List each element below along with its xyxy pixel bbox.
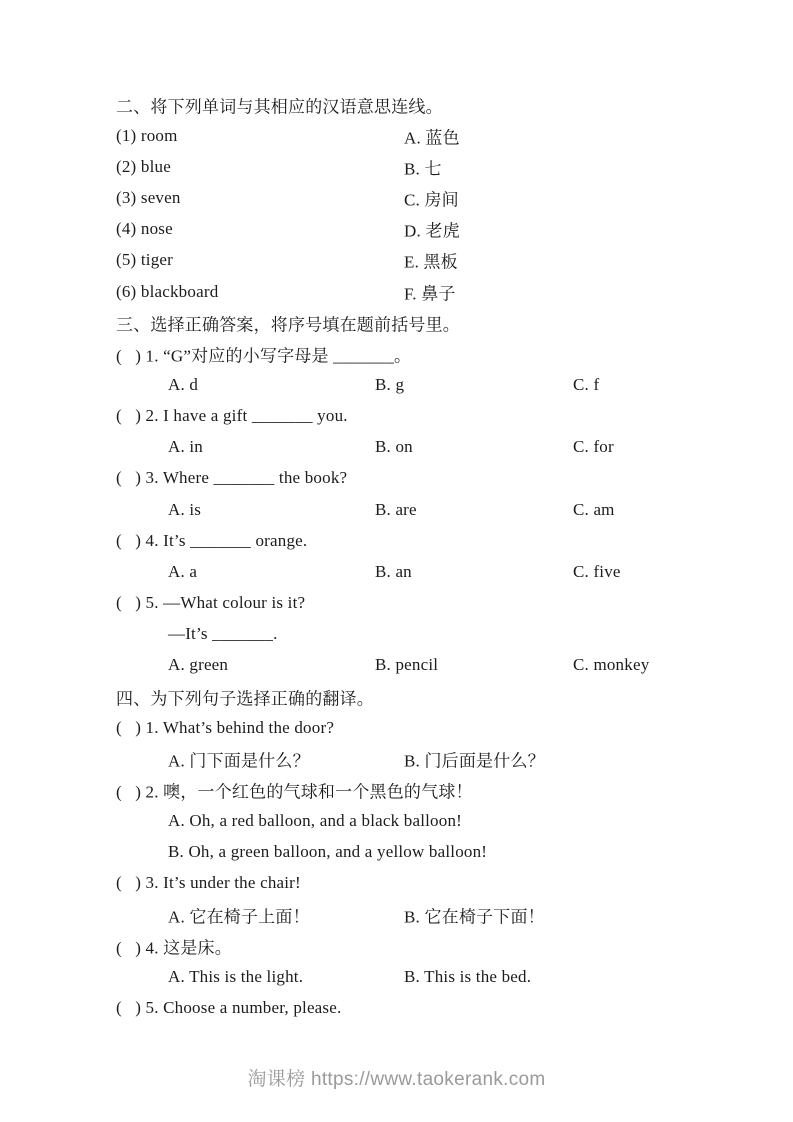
- match-item-word: (6) blackboard: [116, 282, 218, 302]
- question-stem: ( ) 1. “G”对应的小写字母是 _______。: [116, 341, 411, 366]
- question-stem: ( ) 2. 噢，一个红色的气球和一个黑色的气球！: [116, 778, 473, 803]
- option-b: B. g: [375, 375, 404, 395]
- options-row: A. a B. an C. five: [116, 556, 756, 587]
- match-item-meaning: E. 黑板: [404, 248, 458, 273]
- question-stem: ( ) 1. What’s behind the door?: [116, 718, 334, 738]
- option-c: C. for: [573, 437, 614, 457]
- section-4-title: 四、为下列句子选择正确的翻译。: [116, 684, 374, 709]
- match-item-meaning: A. 蓝色: [404, 123, 460, 148]
- option-a: A. This is the light.: [168, 967, 303, 987]
- option-b: B. pencil: [375, 655, 438, 675]
- match-row: (5) tiger E. 黑板: [116, 245, 756, 276]
- option-a: A. a: [168, 562, 197, 582]
- options-row: A. This is the light. B. This is the bed…: [116, 961, 756, 992]
- match-row: (6) blackboard F. 鼻子: [116, 276, 756, 307]
- match-item-word: (3) seven: [116, 188, 181, 208]
- option-c: C. five: [573, 562, 621, 582]
- match-item-meaning: F. 鼻子: [404, 279, 456, 304]
- option-a: A. in: [168, 437, 203, 457]
- option-c: C. f: [573, 375, 599, 395]
- question-stem: ( ) 3. It’s under the chair!: [116, 873, 301, 893]
- question-stem: ( ) 2. I have a gift _______ you.: [116, 406, 348, 426]
- match-item-word: (5) tiger: [116, 250, 173, 270]
- option-b: B. 它在椅子下面！: [404, 902, 545, 927]
- option-a: A. Oh, a red balloon, and a black balloo…: [168, 811, 462, 831]
- footer-watermark: 淘课榜 https://www.taokerank.com: [0, 1064, 793, 1091]
- paper-content: 二、将下列单词与其相应的汉语意思连线。 (1) room A. 蓝色 (2) b…: [116, 89, 756, 1024]
- question-stem: ( ) 4. It’s _______ orange.: [116, 531, 307, 551]
- question-stem: ( ) 5. Choose a number, please.: [116, 998, 341, 1018]
- option-b: B. on: [375, 437, 413, 457]
- test-paper-page: 二、将下列单词与其相应的汉语意思连线。 (1) room A. 蓝色 (2) b…: [0, 0, 793, 1122]
- match-item-word: (1) room: [116, 126, 178, 146]
- match-row: (3) seven C. 房间: [116, 182, 756, 213]
- question-stem: ( ) 5. —What colour is it?: [116, 593, 305, 613]
- option-b: B. 门后面是什么？: [404, 746, 545, 771]
- match-row: (1) room A. 蓝色: [116, 120, 756, 151]
- match-item-meaning: C. 房间: [404, 186, 459, 211]
- options-row: A. green B. pencil C. monkey: [116, 650, 756, 681]
- options-row: A. 它在椅子上面！ B. 它在椅子下面！: [116, 899, 756, 930]
- match-row: (4) nose D. 老虎: [116, 214, 756, 245]
- match-item-word: (4) nose: [116, 219, 173, 239]
- match-item-meaning: B. 七: [404, 154, 442, 179]
- option-a: A. 它在椅子上面！: [168, 902, 310, 927]
- option-a: A. is: [168, 500, 201, 520]
- option-b: B. an: [375, 562, 412, 582]
- section-2-title: 二、将下列单词与其相应的汉语意思连线。: [116, 92, 443, 117]
- options-row: A. is B. are C. am: [116, 494, 756, 525]
- question-stem-continuation: —It’s _______.: [168, 624, 278, 644]
- match-row: (2) blue B. 七: [116, 151, 756, 182]
- section-3-title: 三、选择正确答案，将序号填在题前括号里。: [116, 310, 460, 335]
- options-row: A. 门下面是什么？ B. 门后面是什么？: [116, 743, 756, 774]
- question-stem: ( ) 4. 这是床。: [116, 933, 232, 958]
- question-stem: ( ) 3. Where _______ the book?: [116, 468, 347, 488]
- match-item-word: (2) blue: [116, 157, 171, 177]
- option-b: B. are: [375, 500, 417, 520]
- match-item-meaning: D. 老虎: [404, 217, 460, 242]
- option-a: A. d: [168, 375, 198, 395]
- option-a: A. green: [168, 655, 228, 675]
- option-b: B. Oh, a green balloon, and a yellow bal…: [168, 842, 487, 862]
- options-row: A. in B. on C. for: [116, 432, 756, 463]
- option-a: A. 门下面是什么？: [168, 746, 310, 771]
- option-c: C. am: [573, 500, 615, 520]
- option-c: C. monkey: [573, 655, 649, 675]
- option-b: B. This is the bed.: [404, 967, 531, 987]
- options-row: A. d B. g C. f: [116, 369, 756, 400]
